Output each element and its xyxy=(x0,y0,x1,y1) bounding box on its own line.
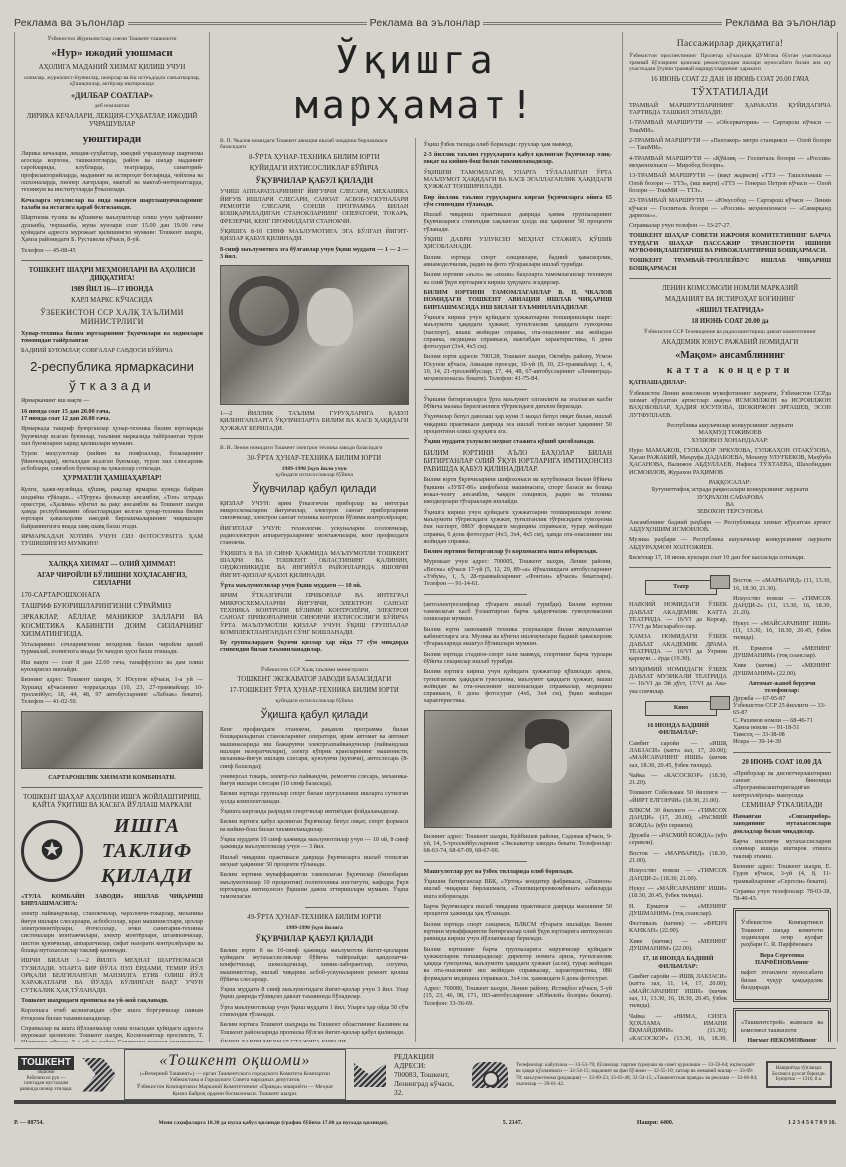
chkalov-title: ЎҚУВЧИЛАР ҚАБУЛ ҚИЛАДИ xyxy=(220,176,409,185)
condolence2-body1: «Ташкентстрой» жамоаси ва комсомол ташки… xyxy=(741,1019,823,1034)
condolence1-body2: вафот этганлиги муносабати билан чуқур ҳ… xyxy=(741,969,823,991)
cinema-c3: Тошкент Собельман 50 йиллиги — «ЙИРТ ЕЛГ… xyxy=(629,789,727,804)
nur-line1: АҲОЛИГА МАДАНИЙ ХИЗМАТ ҚИЛИШ УЧУН xyxy=(21,64,203,72)
chkalov-school: 8-ЎРТА ҲУНАР-ТЕХНИКА БИЛИМ ЮРТИ xyxy=(220,154,409,162)
lenin-r7: Билим юртини битирганлар ўз корхонасига … xyxy=(424,548,613,555)
rubric-divider xyxy=(128,22,367,25)
lenin-school: 30-ЎРТА ҲУНАР-ТЕХНИКА БИЛИМ ЮРТИ xyxy=(220,455,409,463)
nur-body3: Шартнома тузиш ва қўшимча маълумотлар ол… xyxy=(21,214,203,243)
fair-hours2: 17 июнда соат 12 дан 20.00 гача. xyxy=(21,415,203,422)
phones-title: Автомат-жавоб берувчи телефонлар: xyxy=(733,680,831,695)
passengers-sub: ТРАМВАЙ МАРШРУТЛАРИНИНГ ҲАРАКАТИ ҚУЙИДАГ… xyxy=(629,102,831,117)
nur-ad: Ўзбекистон Журналистлар союзи Тошкент та… xyxy=(21,36,203,254)
excavator-sub: қуйидаги ихтисосликлар бўйича xyxy=(220,698,409,705)
cinema-e2: Искусство номли — «ТИМСОХ ДАНДИ-2» (11, … xyxy=(733,595,831,617)
jobs-ad: ТОШКЕНТ ШАҲАР АҲОЛИНИ ИШГА ЖОЙЛАШТИРИШ, … xyxy=(21,794,203,1042)
cinema-h16: 16 ИЮНДА БАДИИЙ ФИЛЬМЛАР: xyxy=(629,722,727,737)
seminar-line2: Наманган «Совзаприбор» заводининг мутаха… xyxy=(733,813,831,835)
cinema-h17: 17, 18 ИЮНДА БАДИИЙ ФИЛЬМЛАР: xyxy=(629,955,727,970)
divider xyxy=(424,594,528,595)
nur-named: деб номланган xyxy=(21,103,203,110)
cinema-label: Кино xyxy=(645,701,717,716)
cinema-e3: Нукус — «МАЙСАРАНИНГ ИШИ» (11, 13.30, 16… xyxy=(733,620,831,642)
concert-l4: 18 ИЮНЬ СОАТ 20.00 да xyxy=(629,318,831,326)
nur-org: Ўзбекистон Журналистлар союзи Тошкент та… xyxy=(21,36,203,43)
lenin-r3: Ўқиш муддати узлуксиз меҳнат стажига қўш… xyxy=(424,438,613,445)
condolence1-body1: Ўзбекистон Компартияси Тошкент шаҳар ком… xyxy=(741,919,823,948)
rubric-right: Реклама ва эълонлар xyxy=(725,17,836,29)
concert-l6: АКАДЕМИК ЮНУС РАЖАБИЙ НОМИДАГИ xyxy=(629,339,831,347)
concert-p3: МАҲМУД ТОЖИБОЕВ xyxy=(629,429,831,436)
lenin-stipend: Бу группалардаги ўқувчи қизлар ҳар ойда … xyxy=(220,639,409,654)
excavator-body1: Кенг профилдаги станокчи, рақамли програ… xyxy=(220,726,409,770)
fair-sub: Хунар-техника билим юртларининг ўқувчила… xyxy=(21,330,203,345)
nur-body2: Кечаларга мухлислар ва онда мавзуси шарт… xyxy=(21,197,203,212)
divider xyxy=(220,438,409,439)
newspaper-page: Реклама ва эълонлар Реклама ва эълонлар … xyxy=(0,0,846,1167)
concert-l1: ЛЕНИН КОМСОМОЛИ НОМЛИ МАРКАЗИЙ xyxy=(629,285,831,293)
school49-body2: Ўқиш муддати 8 синф маълумотидаги йигит-… xyxy=(220,986,409,1001)
concert-l5: Ўзбекистон ССР Телевидение ва радиоэшитт… xyxy=(629,329,831,336)
chkalov-org: В. П. Чкалов номидаги Тошкент авиация иш… xyxy=(220,138,409,151)
route-2: 2-ТРАМВАЙ МАРШРУТИ — «Пахтакор» метро ст… xyxy=(629,137,831,152)
cinema-e1: Восток — «МАРВАРИД» (11, 13.30, 16, 18.3… xyxy=(733,577,831,592)
route-1: 1-ТРАМВАЙ МАРШРУТИ — «Обсерватория» — Са… xyxy=(629,119,831,134)
paper-sub: («Вечерний Ташкент») — орган Ташкентског… xyxy=(129,1071,341,1084)
nur-genres: ЛИРИКА КЕЧАЛАРИ, ЛЕКЦИЯ-СУҲБАТЛАР, ИЖОДИ… xyxy=(21,113,203,129)
divider xyxy=(21,554,203,555)
excavator-body7: Ишлаб чиқариш практикаси даврида ўқувчил… xyxy=(220,854,409,869)
lenin-r6: Ўқишга кириш учун қуйидаги ҳужжатларни т… xyxy=(424,509,613,546)
chkalov-accept: ЎҚИШГА 8-10 СИНФ МАЪЛУМОТИГА ЭГА БЎЛГАН … xyxy=(220,228,409,243)
cinema-d1: Самбит саройи — ИШҚ ЛАБЗАСИ» (катта зал,… xyxy=(629,973,727,1010)
nur-body1: Лирика кечалари, лекция-суҳбатлар, ижоди… xyxy=(21,150,203,194)
student-photo xyxy=(220,265,409,405)
cinema-c1: Самбит саройи — «ИШҚ ЛАБЗАСИ» (катта зал… xyxy=(629,740,727,769)
barber-caption: САРТАРОШЛИК ХИЗМАТИ КОМБИНАТИ. xyxy=(21,774,203,781)
chkalov-list: УЧИШ АППАРАТЛАРИНИНГ ЙИҒУВЧИ СЛЕСАРИ, МЕ… xyxy=(220,188,409,225)
order-number: 5. 2147. xyxy=(503,1120,523,1127)
dear-body: Кулги, ҳажв-музейида, қўшиқ, рақслар ярм… xyxy=(21,486,203,530)
listings-right: Восток — «МАРВАРИД» (11, 13.30, 16, 18.3… xyxy=(733,574,831,1042)
center-right-column: Ўқиш ўзбек тилида олиб борилади: грухлар… xyxy=(424,138,613,1042)
school49-b2: Барча ўқувчиларга ишлаб чиқариш практика… xyxy=(424,903,613,918)
seminar-line3: Барча ишловчи мутахассисларни семинар иш… xyxy=(733,838,831,860)
excavator-body8: Билим юртини муваффақиятли тамомлаган ўқ… xyxy=(220,871,409,900)
school49-address: Адрес: 700080, Тошкент шаҳри, Ленин райо… xyxy=(424,985,613,1007)
nur-title: «Нур» ижодий уюшмаси xyxy=(21,47,203,60)
school49-b4: Билим юртининг барча группаларига кирувч… xyxy=(424,946,613,983)
lenin-r1: Ўқишни битирганларга ўрта маълумот олган… xyxy=(424,396,613,411)
nur-phone: Телефон — 45-08-45 xyxy=(21,247,203,254)
route-4: 4-ТРАМВАЙ МАРШРУТИ — «Қўйлиқ — Госпиталь… xyxy=(629,155,831,170)
theatre-3: МУҚИМИЙ НОМИДАГИ ЎЗБЕК ДАВЛАТ МУЗИКАЛИ Т… xyxy=(629,666,727,695)
arrow-icon xyxy=(82,1058,116,1092)
chkalov-r1: Ўқиш ўзбек тилида олиб борилади: грухлар… xyxy=(424,141,613,148)
fair-street: КАРЛ МАРКС КЎЧАСИДА xyxy=(21,297,203,305)
nur-verb: уюштиради xyxy=(21,133,203,146)
concert-part: ҚАТНАШАДИЛАР: xyxy=(629,379,831,386)
excavator-body5: Билим юртига қабул қилинган ўқувчилар бе… xyxy=(220,818,409,833)
school49-body3: Ўрта маълумотлилар учун ўқиш муддати 1 й… xyxy=(220,1004,409,1019)
phone-2: Ўзбекистон ССР 25 йиллиги — 33-65-87 xyxy=(733,702,831,717)
fair-goods: БАДИИЙ БУЮМЛАР, СОВҒАЛАР САВДОСИ БЎЙИЧА xyxy=(21,347,203,354)
cinema-c8: Нукус — «МАЙСАРАНИНГ ИШИ» (18.30, 20.45,… xyxy=(629,885,727,900)
chkalov-r9: БИЛИМ ЮРТИНИ ТАМОМЛАГАНЛАР В. П. ЧКАЛОВ … xyxy=(424,289,613,311)
center-left-column: В. П. Чкалов номидаги Тошкент авиация иш… xyxy=(220,138,416,1042)
lenin-accept: ЎҚИШГА 8 ВА 10 СИНФ ҲАЖМИДА МАЪЛУМОТЛИ Т… xyxy=(220,550,409,579)
left-column: Ўзбекистон Журналистлар союзи Тошкент та… xyxy=(14,32,210,1042)
chkalov-r6: ЎҚИШ ДАВРИ УЗЛУКСИЗ МЕҲНАТ СТАЖИГА ҚЎШИБ… xyxy=(424,236,613,251)
barber-ad: ХАЛҚҚА ХИЗМАТ — ОЛИЙ ҲИММАТ! АГАР ЧИРОЙЛ… xyxy=(21,561,203,781)
school49-name: 49-ЎРТА ҲУНАР-ТЕХНИКА БИЛИМ ЮРТИ xyxy=(220,914,409,922)
route-13: 13-ТРАМВАЙ МАРШРУТИ — (вақт жадвали) «ТТ… xyxy=(629,172,831,194)
film-icon xyxy=(710,696,730,710)
jobs-org: «ТУЛА КОМБАЙН ЗАВОДИ» ИШЛАБ ЧИҚАРИШ БИРЛ… xyxy=(21,893,203,908)
condolence-box-2: «Ташкентстрой» жамоаси ва комсомол ташки… xyxy=(733,1008,831,1042)
condolence1-name: Вера Сергеевна ПАРФЁНОВАнинг xyxy=(741,952,823,967)
concert-p1: Ўзбекистон Ленин комсомоли мукофотининг … xyxy=(629,390,831,419)
excavator-body2: универсал токарь, электр-газ пайвандчи, … xyxy=(220,773,409,788)
divider xyxy=(21,260,203,261)
excavator-r2: Билим юрти замонавий техника ускуналари … xyxy=(424,626,613,648)
student-face xyxy=(307,288,353,346)
editorial-phones: Телефонлар: кабулхона — 33-53-79; бўлимл… xyxy=(516,1062,758,1087)
jobs-body3: Тошкент шаҳридаги прописка ва уй-жой сақ… xyxy=(21,997,203,1004)
divider xyxy=(629,278,831,279)
fair-ad: ТОШКЕНТ ШАҲРИ МЕҲМОНЛАРИ ВА АҲОЛИСИ ДИҚҚ… xyxy=(21,267,203,548)
excavator-r4: Билим юртига кириш учун қуйидаги ҳужжатл… xyxy=(424,668,613,705)
school49-body4: Билим юртига Тошкент шаҳрида ва Тошкент … xyxy=(220,1021,409,1036)
editorial-address: РЕДАКЦИЯ АДРЕСИ: 700083, Тошкент, Ленинг… xyxy=(394,1052,464,1097)
jobs-title2: ТАКЛИФ xyxy=(91,839,203,864)
telephone-icon xyxy=(472,1062,508,1088)
censor-code: Р. — 08754. xyxy=(14,1120,44,1127)
rubric-bar: Реклама ва эълонлар Реклама ва эълонлар … xyxy=(14,16,836,30)
tire-graphic xyxy=(229,276,299,346)
concert-l2: МАДАНИЯТ ВА ИСТИРОҲАТ БОҒИНИНГ xyxy=(629,296,831,304)
theatre-label: Театр xyxy=(645,580,717,595)
route-23: 23-ТРАМВАЙ МАРШРУТИ — «Юнусобод — Сартар… xyxy=(629,197,831,219)
chkalov-r7: Билим юртида спорт секциялари, бадиий ҳа… xyxy=(424,254,613,269)
nur-line2: олимлар, журналист-ёзувчилар, шоирлар ва… xyxy=(21,75,203,88)
chkalov-r4: Бир йиллик таълим гуруҳларига кирган ўқу… xyxy=(424,194,613,209)
concert-p4: ХУШОВОЗ ХОНАНДАЛАР: xyxy=(629,437,831,444)
fair-h1: ТОШКЕНТ ШАҲРИ МЕҲМОНЛАРИ ВА АҲОЛИСИ ДИҚҚ… xyxy=(21,267,203,283)
concert-title2: катта концерти xyxy=(629,365,831,377)
passengers-ad: Пассажирлар диққатига! Ўзбекистон проспе… xyxy=(629,39,831,272)
lenin-special: ЯРИМ ЎТКАЗГИЧЛИ ПРИБОРЛАР ВА ИНТЕГРАЛ МИ… xyxy=(220,592,409,636)
school49-body1: Билим юрти 8 ва 10-синф ҳажмида маълумот… xyxy=(220,947,409,984)
divider xyxy=(424,861,528,862)
lenin-title: Ўқувчилар қабул қилади xyxy=(220,483,409,496)
passengers-dates: 16 ИЮНЬ СОАТ 22 ДАН 18 ИЮНЬ СОАТ 20.00 Г… xyxy=(629,76,831,84)
cinema-label-text: Кино xyxy=(674,705,688,712)
welder-photo xyxy=(424,710,613,828)
jobs-body5: Справкалар ва ишга йўлланмалар олиш юзас… xyxy=(21,1025,203,1042)
seminar-line1: «Приборлар ва диспетчерлаштириш саноат б… xyxy=(733,770,831,799)
nur-event: «ДИЛБАР СОАТЛАР» xyxy=(21,91,203,100)
barber-h2: 170-САРТАРОШХОНАГА xyxy=(21,591,203,599)
center-section: Ўқишга марҳамат! В. П. Чкалов номидаги Т… xyxy=(214,32,618,1042)
barber-address: Бизнинг адрес: Тошкент шаҳри, У. Юсупов … xyxy=(21,676,203,705)
passengers-title: Пассажирлар диққатига! xyxy=(629,39,831,50)
condolence-box-1: Ўзбекистон Компартияси Тошкент шаҳар ком… xyxy=(733,908,831,1002)
dear-photo: ЯРМАРКАДАН ХОТИРА УЧУН СИЗ ФОТОСУРАТГА Ҳ… xyxy=(21,533,203,548)
school49-stage: ЎҚИШ ДАВРИ МЕҲНАТ СТАЖИГА КИРАДИ. xyxy=(220,1039,409,1042)
excavator-body3: Билим юртида группалар спорт билан шуғул… xyxy=(220,790,409,805)
excavator-title: Ўқишга қабул қилади xyxy=(220,709,409,722)
theatre-label-text: Театр xyxy=(673,584,689,591)
cinema-c7: Искусство номли — «ТИМСОХ ДАНДИ-2» (18.3… xyxy=(629,867,727,882)
divider xyxy=(733,752,831,753)
concert-p7: Бутуниттифоқ эстрада рақкосалари конкурс… xyxy=(629,486,831,493)
rubric-left: Реклама ва эълонлар xyxy=(14,17,125,29)
fair-verb: ўтказади xyxy=(21,378,203,393)
chkalov-term: 8-синф маълумотига эга бўлганлар учун ўқ… xyxy=(220,246,409,261)
excavator-org: Ўзбекистон ССР Халқ таълими министрлиги xyxy=(220,667,409,674)
passengers-phone: Справкалар учун телефон — 33-27-27. xyxy=(629,222,831,229)
page-numbers: 1 2 3 4 5 6 7 8 9 10. xyxy=(788,1120,836,1127)
condolence2-name: Нигмат НЕКОМОВнинг xyxy=(741,1037,823,1042)
lenin-girls: ҚИЗЛАР УЧУН: ярим ўтказгичли приборлар в… xyxy=(220,500,409,522)
lenin-sub: қуйидаги ихтисосликлар бўйича xyxy=(220,472,409,479)
divider xyxy=(424,389,528,390)
excavator-address: Бизнинг адрес: Тошкент шаҳри, Куйбишев р… xyxy=(424,833,613,855)
concert-p6: РАҚҚОСАЛАР: xyxy=(629,479,831,486)
paper-title-box: «Тошкент оқшоми» («Вечерний Ташкент») — … xyxy=(124,1049,346,1100)
logo-text: Рабочим из рук — газетадан мустаҳкам рав… xyxy=(18,1076,74,1094)
concert-p10: ЗЕВОХОН ТЕРСУНОВА xyxy=(629,508,831,515)
excavator-body4: Ўқишга кирганда разрядли спортчилар имти… xyxy=(220,808,409,815)
cinema-d2: Чайка — «НИМА, СИЗГА ҲОХЛАМА ИМАНИ ЁҚМАЙ… xyxy=(629,1013,727,1042)
divider xyxy=(305,907,409,908)
jobs-h1: ТОШКЕНТ ШАҲАР АҲОЛИНИ ИШГА ЖОЙЛАШТИРИШ, … xyxy=(21,794,203,810)
listings-left: Театр НАВОИЙ НОМИДАГИ ЎЗБЕК ДАВЛАТ АКАДЕ… xyxy=(629,574,727,1042)
bottom-imprint-line: Р. — 08754. Мени саҳифаларга 18.30 да ну… xyxy=(14,1120,836,1127)
fair-hours1: 16 июнда соат 15 дан 20.00 гача, xyxy=(21,408,203,415)
phone-3: С. Рахимов номли — 68-46-71 xyxy=(733,717,831,724)
center-masthead: Ўқишга марҳамат! xyxy=(220,38,612,128)
redaktsiya-title: РЕДАКЦИЯ АДРЕСИ: xyxy=(394,1052,464,1070)
lenin-term: Ўрта маълумотлилар учун ўқиш муддати — 1… xyxy=(220,582,409,589)
cinema-e4: Н. Ерматов — «МЕНИНГ ДУШМАНИМ» (тоқ сеан… xyxy=(733,645,831,660)
lenin-r4: БИЛИМ ЮРТИНИ АЪЛО БАҲОЛАР БИЛАН БИТИРГАН… xyxy=(424,449,613,474)
concert-l3: «ЯШИЛ ТЕАТРИДА» xyxy=(629,307,831,315)
passengers-intro: Ўзбекистон проспектининг Пролетар кўчаси… xyxy=(629,53,831,73)
chkalov-r2: 2-3 йиллик таълим гуруҳларига қабул қили… xyxy=(424,151,613,166)
jobs-body4: Корхонага етиб келингандан сўнг ишга бор… xyxy=(21,1007,203,1022)
paper-note: Ўзбекистон Компартияси Марказий Комитети… xyxy=(129,1084,341,1097)
concert-p12: Музика раҳбари — Республика ашулачилар к… xyxy=(629,536,831,551)
chkalov-sub: ҚУЙИДАГИ ИХТИСОСЛИКЛАР БЎЙИЧА xyxy=(220,165,409,173)
cinema-c9: Н. Ерматов — «МЕНИНГ ДУШМАНИМ» (тоқ сеан… xyxy=(629,903,727,918)
goskomtrud-logo: ✪ xyxy=(21,820,83,882)
cinema-c4: ВЛКСМ 30 йиллиги — «ТИМСОХ ДАНДИ» (17, 2… xyxy=(629,807,727,829)
divider xyxy=(305,660,409,661)
cinema-c11: Хиве (кичик) — «МЕНИНГ ДУШМАНИМ» (22.00)… xyxy=(629,938,727,953)
theatre-masks-icon xyxy=(710,575,730,589)
dear-title: ҲУРМАТЛИ ҲАМШАҲАРЛАР! xyxy=(21,475,203,483)
lenin-r2: Ўқувчилар бепул даволаш ҳар куни 3 маҳал… xyxy=(424,413,613,435)
lenin-boys: ЙИГИТЛАР УЧУН: технологик ускуналарни со… xyxy=(220,525,409,547)
seminar-address: Бизнинг адрес: Тошкент шаҳри, Е. Гудов к… xyxy=(733,863,831,885)
excavator-school: 17-ТОШКЕНТ ЎРТА ҲУНАР-ТЕХНИКА БИЛИМ ЮРТИ xyxy=(220,687,409,695)
passengers-verb: ТЎХТАТИЛАДИ xyxy=(629,87,831,99)
print-time: Мени саҳифаларга 18.30 да нусха қабул қи… xyxy=(159,1120,389,1126)
cinema-c6: Восток — «МАРВАРИД» (18.30, 21.00). xyxy=(629,850,727,865)
lenin-r5: Билим юрти ўқувчиларини шифохонаси ва ку… xyxy=(424,476,613,505)
jobs-title1: ИШГА xyxy=(91,814,203,839)
fair-ministry: ЎЗБЕКИСТОН ССР ХАЛҚ ТАЪЛИМИ МИНИСТРЛИГИ xyxy=(21,308,203,327)
divider xyxy=(629,567,831,568)
divider xyxy=(21,787,203,788)
concert-ad: ЛЕНИН КОМСОМОЛИ НОМЛИ МАРКАЗИЙ МАДАНИЯТ … xyxy=(629,285,831,561)
lenin-org: В. И. Ленин номидаги Тошкент электрон те… xyxy=(220,445,409,452)
school49-title: ЎҚУВЧИЛАР ҚАБУЛ ҚИЛАДИ xyxy=(220,934,409,943)
barber-body2: Иш вақти — соат 8 дан 22.00 гача, танафф… xyxy=(21,659,203,674)
seminar-title: СЕМИНАР ЎТКАЗИЛАДИ xyxy=(733,802,831,810)
passengers-sign1: ТОШКЕНТ ШАҲАР СОВЕТИ ИЖРОИЯ КОМИТЕТИНИНГ… xyxy=(629,232,831,254)
chkalov-address: Билим юрти адреси: 700128, Тошкент шаҳри… xyxy=(424,353,613,382)
phone-4: Ҳамза номли — 91-18-51 xyxy=(733,724,831,731)
seminar-date: 20 ИЮНЬ СОАТ 10.00 ДА xyxy=(733,759,831,767)
rubric-center: Реклама ва эълонлар xyxy=(370,17,481,29)
theatre-1: НАВОИЙ НОМИДАГИ ЎЗБЕК ДАВЛАТ АКАДЕМИК КА… xyxy=(629,601,727,630)
school49-b3: Билим юртида спорт секцияси, ВЛКСМ тўгар… xyxy=(424,921,613,943)
jobs-title3: ҚИЛАДИ xyxy=(91,864,203,889)
excavator-r3: Билим юртида стадион-спорт зали мавжуд, … xyxy=(424,651,613,666)
fair-body1: Ярмаркада ташриф буюрганлар ҳунар-техник… xyxy=(21,425,203,447)
imprint-band: ТОШКЕНТ оқшоми Рабочим из рук — газетада… xyxy=(14,1048,836,1104)
school49-languages: Машғулотлар рус ва ўзбек тилларида олиб … xyxy=(424,868,613,875)
jobs-body1: электр пайвандчилар, станокчилар, чархло… xyxy=(21,910,203,954)
lenin-address: Мурожаат учун адрес: 700005, Тошкент шаҳ… xyxy=(424,558,613,587)
school49-b1: Ўқишни битирганлар ВБК, «Уртоқ» кондитер… xyxy=(424,878,613,900)
school49-year: 1989-1990 ўқув йилига xyxy=(220,925,409,932)
right-column: Пассажирлар диққатига! Ўзбекистон проспе… xyxy=(622,32,838,1042)
barbershop-photo xyxy=(21,711,203,769)
cinema-c10: Фестиваль (кичик) — «ФРЕНЧ КАНКАН» (22.0… xyxy=(629,920,727,935)
chkalov-caption: 1—2 ЙИЛЛИК ТАЪЛИМ ГУРУҲЛАРИГА ҚАБУЛ ҚИЛИ… xyxy=(220,410,409,432)
tashkent-oqshomi-logo: ТОШКЕНТ оқшоми Рабочим из рук — газетада… xyxy=(18,1056,74,1093)
concert-p5: Нуро МАМАЖОВ, ГУЛБАҲОР ЭРКУЛОВА, ГУЛЖАҲО… xyxy=(629,447,831,476)
theatre-2: ҲАМЗА НОМИДАГИ ЎЗБЕК ДАВЛАТ АКАДЕМИК ДРА… xyxy=(629,633,727,662)
logo-top: ТОШКЕНТ xyxy=(18,1056,74,1070)
fair-date: 1989 ЙИЛ 16—17 ИЮНДА xyxy=(21,286,203,294)
barber-h3: ТАШРИФ БУЮРИШЛАРИНГИЗНИ СЎРАЙМИЗ xyxy=(21,602,203,610)
passengers-sign2: ТОШКЕНТ ТРАМВАЙ-ТРОЛЛЕЙБУС ИШЛАБ ЧИҚАРИШ… xyxy=(629,257,831,272)
excavator-r1: (автоэлектросинфлар тўгараги ишлаб туриб… xyxy=(424,601,613,623)
concert-p13: Билетлар 17, 18 июнь кунлари соат 10 дан… xyxy=(629,554,831,561)
concert-p8: ЗУҲРАХОН САФАРОВА xyxy=(629,494,831,501)
index-box: Нашриётда тўпланди. Босишга рухсат берил… xyxy=(766,1061,832,1089)
phone-1: Дружба — 67-95-87 xyxy=(733,695,831,702)
jobs-body2: ИШЧИ БИЛАН 1—2 ЙИЛГА МЕҲНАТ ШАРТНОМАСИ Т… xyxy=(21,957,203,994)
envelope-icon xyxy=(354,1063,386,1087)
cinema-c2: Чайка — «КАСОСКОР» (18.30, 21.20). xyxy=(629,772,727,787)
concert-p11: Ансамблнинг бадиий раҳбари — Республикад… xyxy=(629,519,831,534)
barber-h4: ЭРКАКЛАР, АЁЛЛАР, МАНИКЮР ЗАЛЛАРИ ВА КОС… xyxy=(21,613,203,638)
barber-h1: АГАР ЧИРОЙЛИ БЎЛИШНИ ХОҲЛАСАНГИЗ, СИЗЛАР… xyxy=(21,572,203,588)
chkalov-r3: ЎҚИШНИ ТАМОМЛАГАЧ, УЛАРГА ТЎЛАЛАНГАН ЎРТ… xyxy=(424,169,613,191)
barber-body1: Усталаримиз сочларингизни моҳирлик билан… xyxy=(21,641,203,656)
seminar-phones: Справка учун телефонлар: 78-03-38, 78-40… xyxy=(733,888,831,903)
cinema-c5: Дружба — «РАСМИЙ БОЖДА» (кўп серияли). xyxy=(629,832,727,847)
phone-5: Тимсоҳ — 33-38-08 xyxy=(733,731,831,738)
excavator-body6: Ўқиш муддати 10 синф ҳажмида маълумотлил… xyxy=(220,836,409,851)
excavator-factory: ТОШКЕНТ ЭКСКАВАТОР ЗАВОДИ БАЗАСИДАГИ xyxy=(220,676,409,684)
circulation: Нашри: 4400. xyxy=(637,1120,674,1127)
fair-title: 2-республика ярмаркасини xyxy=(21,359,203,374)
paper-title: «Тошкент оқшоми» xyxy=(129,1052,341,1071)
barber-slogan: ХАЛҚҚА ХИЗМАТ — ОЛИЙ ҲИММАТ! xyxy=(21,561,203,569)
star-icon: ✪ xyxy=(41,838,63,864)
concert-title1: «Мақом» ансамблининг xyxy=(629,350,831,362)
cinema-e5: Хиве (кичик) — «МЕНИНГ ДУШМАНИМ» (22.00)… xyxy=(733,662,831,677)
listings: Театр НАВОИЙ НОМИДАГИ ЎЗБЕК ДАВЛАТ АКАДЕ… xyxy=(629,574,831,1042)
chkalov-r8: Билим юртини «аъло» ва «яхши» баҳоларга … xyxy=(424,271,613,286)
chkalov-r5: Ишлаб чиқариш практикаси даврида ҳамма г… xyxy=(424,211,613,233)
fair-hours-head: Ярмарканинг иш вақти — xyxy=(21,397,203,404)
welder-face xyxy=(527,743,567,783)
rubric-divider xyxy=(483,22,722,25)
concert-p9: ВА xyxy=(629,501,831,508)
concert-p2: Республика ашулачилар конкурсининг лауре… xyxy=(629,422,831,429)
redaktsiya-addr: 700083, Тошкент, Ленинград кўчаси, 32. xyxy=(394,1070,464,1097)
fair-body2: Турли маҳсулотлар (кийим ва пояфзаллар, … xyxy=(21,450,203,472)
phone-6: Искра — 39-14-39 xyxy=(733,738,831,745)
chkalov-r10: Ўқишга кириш учун қуйидаги ҳужжатларни т… xyxy=(424,314,613,351)
